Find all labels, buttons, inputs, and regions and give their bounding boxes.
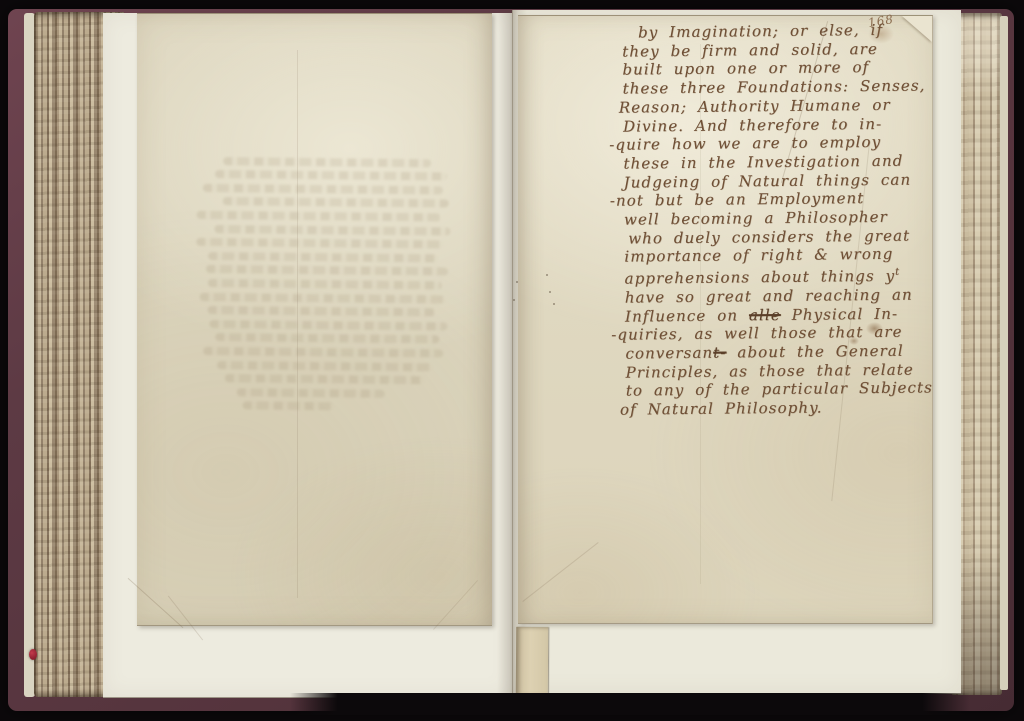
manuscript-line: these three Foundations: Senses, xyxy=(609,76,943,98)
show-through-text xyxy=(153,150,458,591)
diagonal-crease xyxy=(522,542,598,602)
superscript-abbreviation: t xyxy=(895,267,899,278)
manuscript-line: Judgeing of Natural things can xyxy=(610,170,944,192)
manuscript-line: to any of the particular Subjects xyxy=(612,379,946,401)
ink-speck xyxy=(516,281,518,283)
struck-out-word: alle xyxy=(749,306,781,324)
gutter-tab xyxy=(516,627,548,696)
endpaper-edge-right xyxy=(1000,16,1008,690)
manuscript-page-left xyxy=(137,13,492,626)
ink-speck xyxy=(553,303,555,305)
ink-speck xyxy=(546,274,548,276)
manuscript-page-right: 168 by Imagination; or else, if they be … xyxy=(518,15,933,624)
struck-out-word: t- xyxy=(713,343,726,361)
red-marker-dot xyxy=(29,649,37,660)
bottom-shadow xyxy=(290,693,970,715)
ink-stain xyxy=(866,322,883,335)
ink-stain xyxy=(868,24,894,44)
vertical-crease xyxy=(700,44,701,584)
ink-stain xyxy=(849,337,859,345)
gutter-seam xyxy=(512,10,513,693)
ink-speck xyxy=(549,291,551,293)
ink-speck xyxy=(513,299,515,301)
manuscript-text: by Imagination; or else, if they be firm… xyxy=(608,20,946,419)
vertical-crease xyxy=(297,50,298,598)
manuscript-photo: 168 by Imagination; or else, if they be … xyxy=(0,0,1024,721)
manuscript-line: of Natural Philosophy. xyxy=(612,397,946,419)
